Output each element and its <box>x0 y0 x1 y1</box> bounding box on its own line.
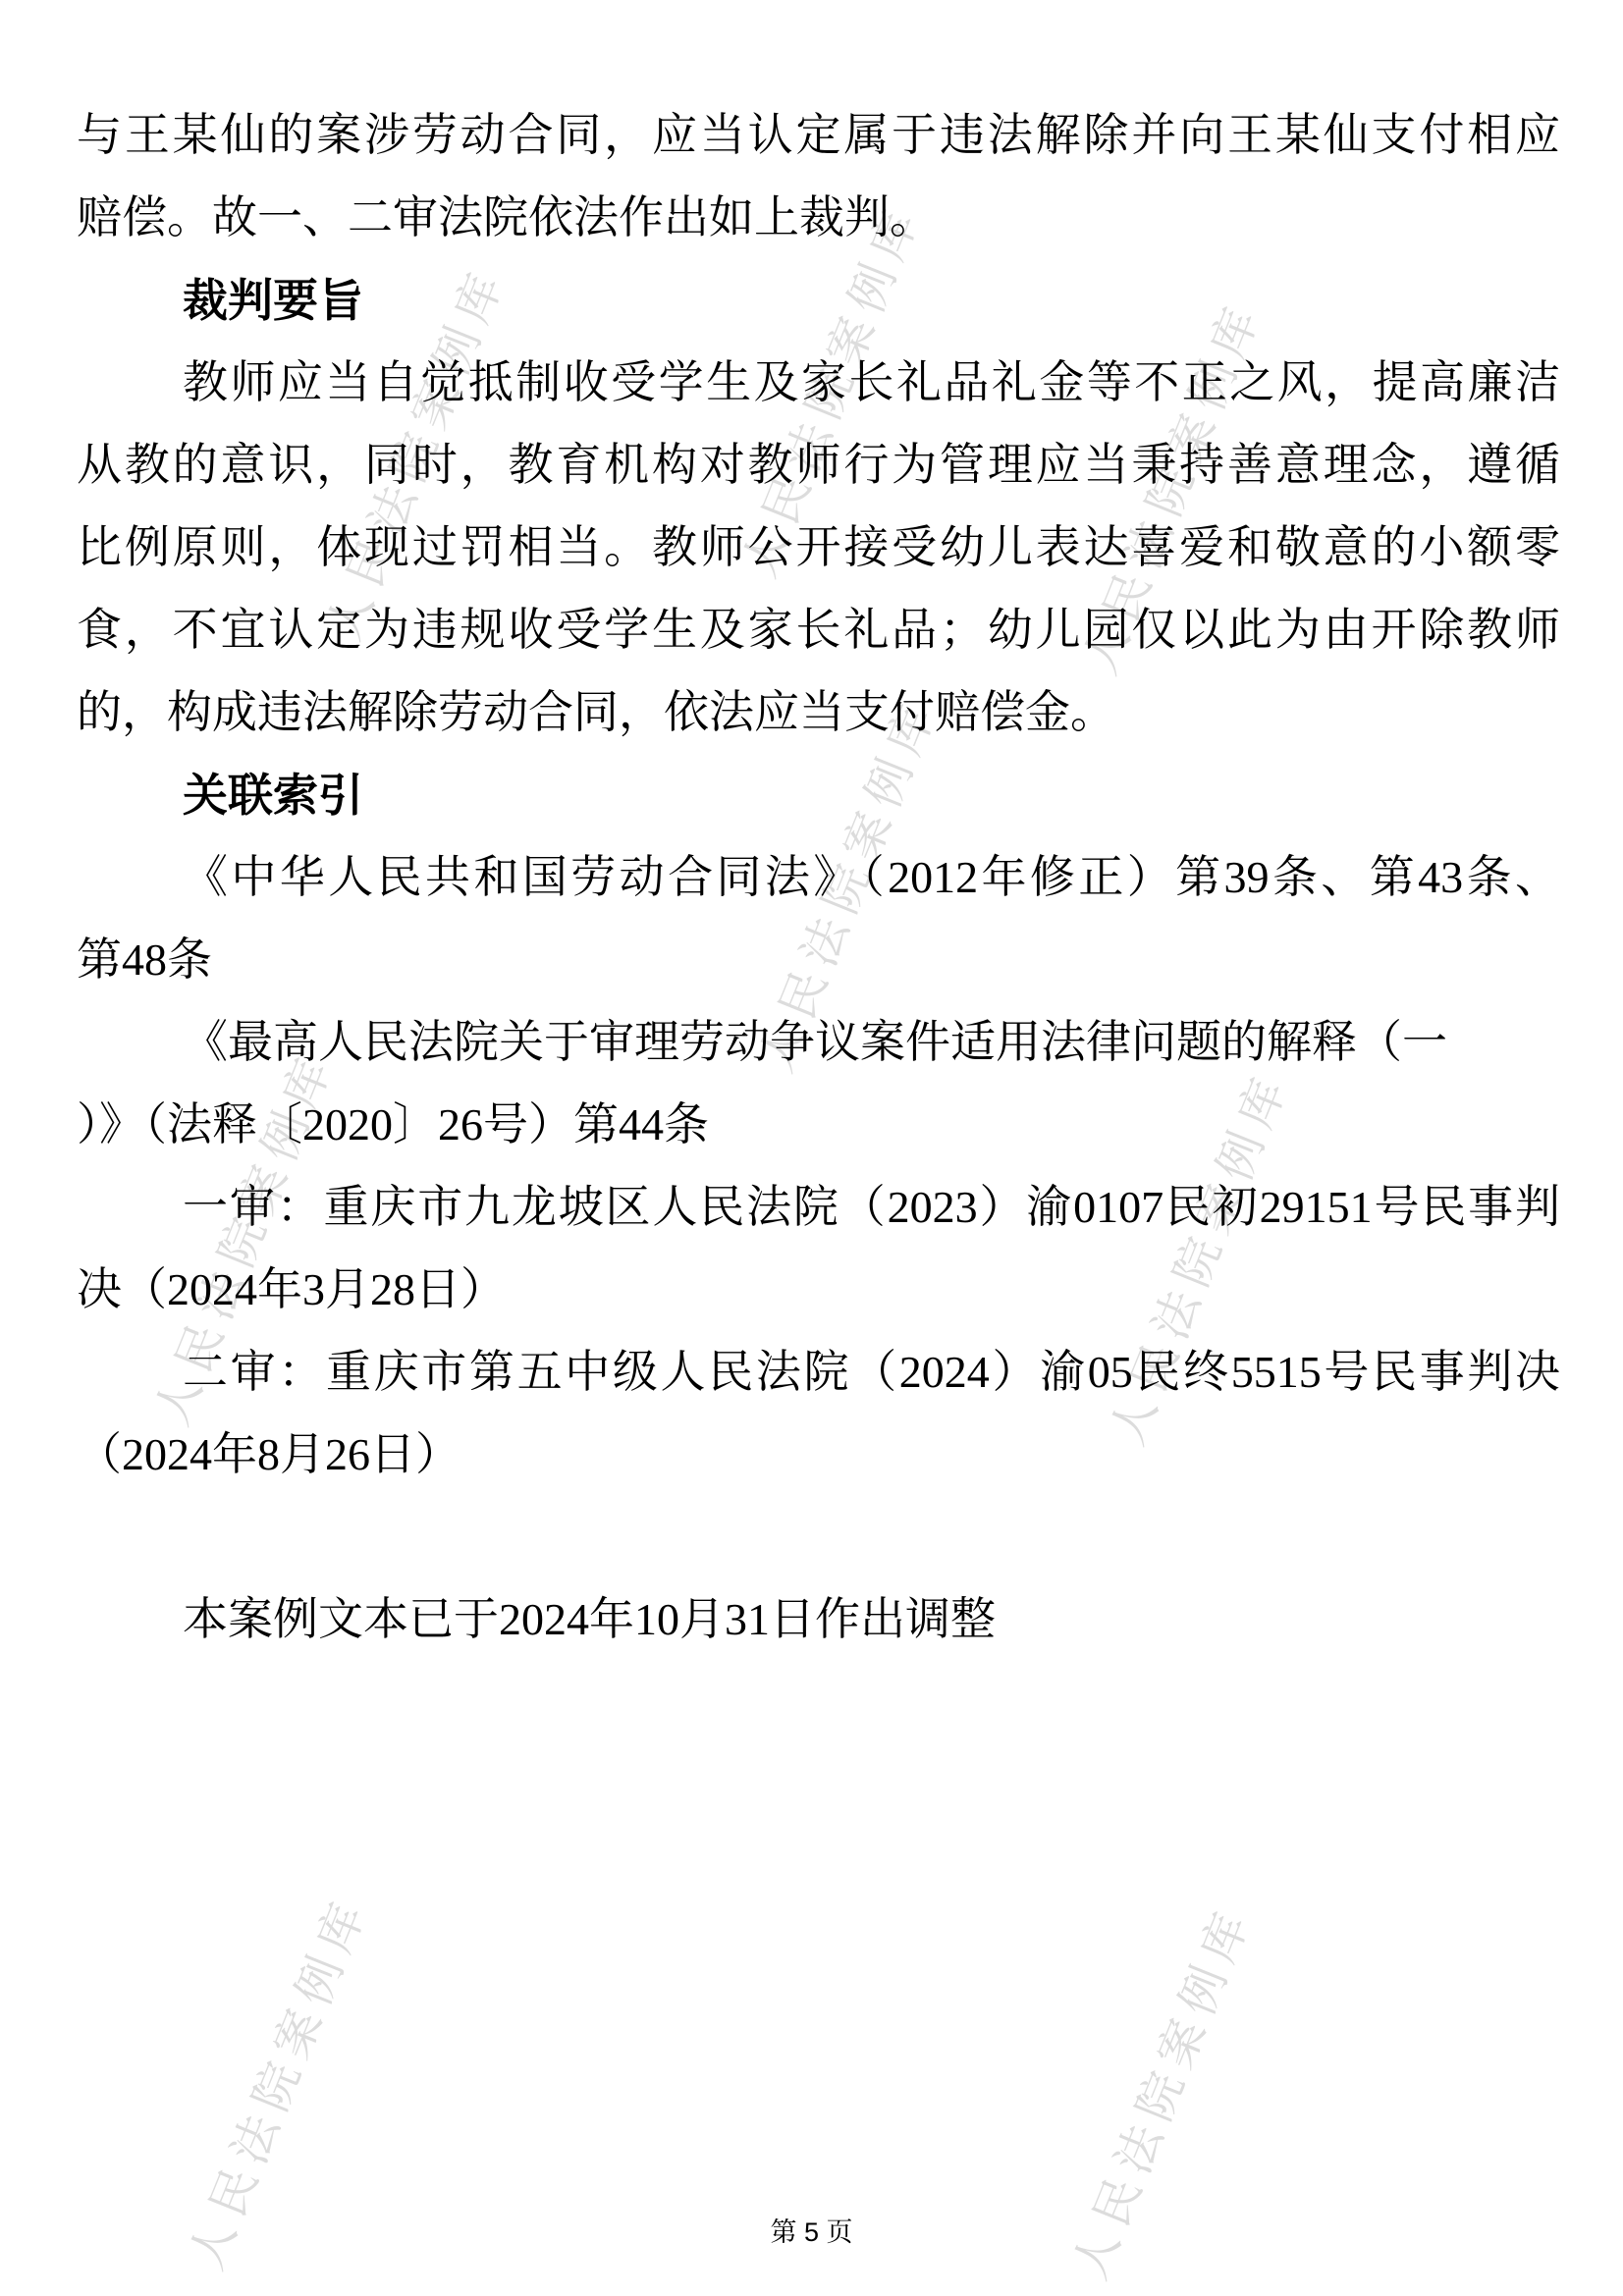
text-line: 从教的意识，同时，教育机构对教师行为管理应当秉持善意理念，遵循 <box>77 424 1560 507</box>
second-instance-citation-line: （2024年8月26日） <box>77 1414 1560 1496</box>
text-line: 与王某仙的案涉劳动合同，应当认定属于违法解除并向王某仙支付相应 <box>77 94 1560 177</box>
section-heading-related-index: 关联索引 <box>77 754 1560 836</box>
text-line: 比例原则，体现过罚相当。教师公开接受幼儿表达喜爱和敬意的小额零 <box>77 507 1560 589</box>
section-heading-judgment-summary: 裁判要旨 <box>77 259 1560 342</box>
document-page: 人民法院案例库 人民法院案例库 人民法院案例库 人民法院案例库 人民法院案例库 … <box>0 0 1623 2296</box>
text-line: 的，构成违法解除劳动合同，依法应当支付赔偿金。 <box>77 671 1560 754</box>
statute-citation-line: 《最高人民法院关于审理劳动争议案件适用法律问题的解释（一 <box>77 1001 1560 1084</box>
statute-citation-line: 第48条 <box>77 919 1560 1001</box>
blank-line <box>77 1496 1560 1578</box>
text-line: 教师应当自觉抵制收受学生及家长礼品礼金等不正之风，提高廉洁 <box>77 342 1560 424</box>
first-instance-citation-line: 一审：重庆市九龙坡区人民法院（2023）渝0107民初29151号民事判 <box>77 1166 1560 1249</box>
first-instance-citation-line: 决（2024年3月28日） <box>77 1249 1560 1331</box>
statute-citation-line: 《中华人民共和国劳动合同法》（2012年修正）第39条、第43条、 <box>77 836 1560 919</box>
text-line: 食，不宜认定为违规收受学生及家长礼品；幼儿园仅以此为由开除教师 <box>77 589 1560 671</box>
adjustment-note: 本案例文本已于2024年10月31日作出调整 <box>77 1578 1560 1661</box>
document-body: 与王某仙的案涉劳动合同，应当认定属于违法解除并向王某仙支付相应 赔偿。故一、二审… <box>77 94 1560 1661</box>
page-number: 第 5 页 <box>0 2211 1623 2249</box>
text-line: 赔偿。故一、二审法院依法作出如上裁判。 <box>77 177 1560 259</box>
statute-citation-line: ）》（法释〔2020〕26号）第44条 <box>77 1084 1560 1166</box>
second-instance-citation-line: 二审：重庆市第五中级人民法院（2024）渝05民终5515号民事判决 <box>77 1331 1560 1414</box>
